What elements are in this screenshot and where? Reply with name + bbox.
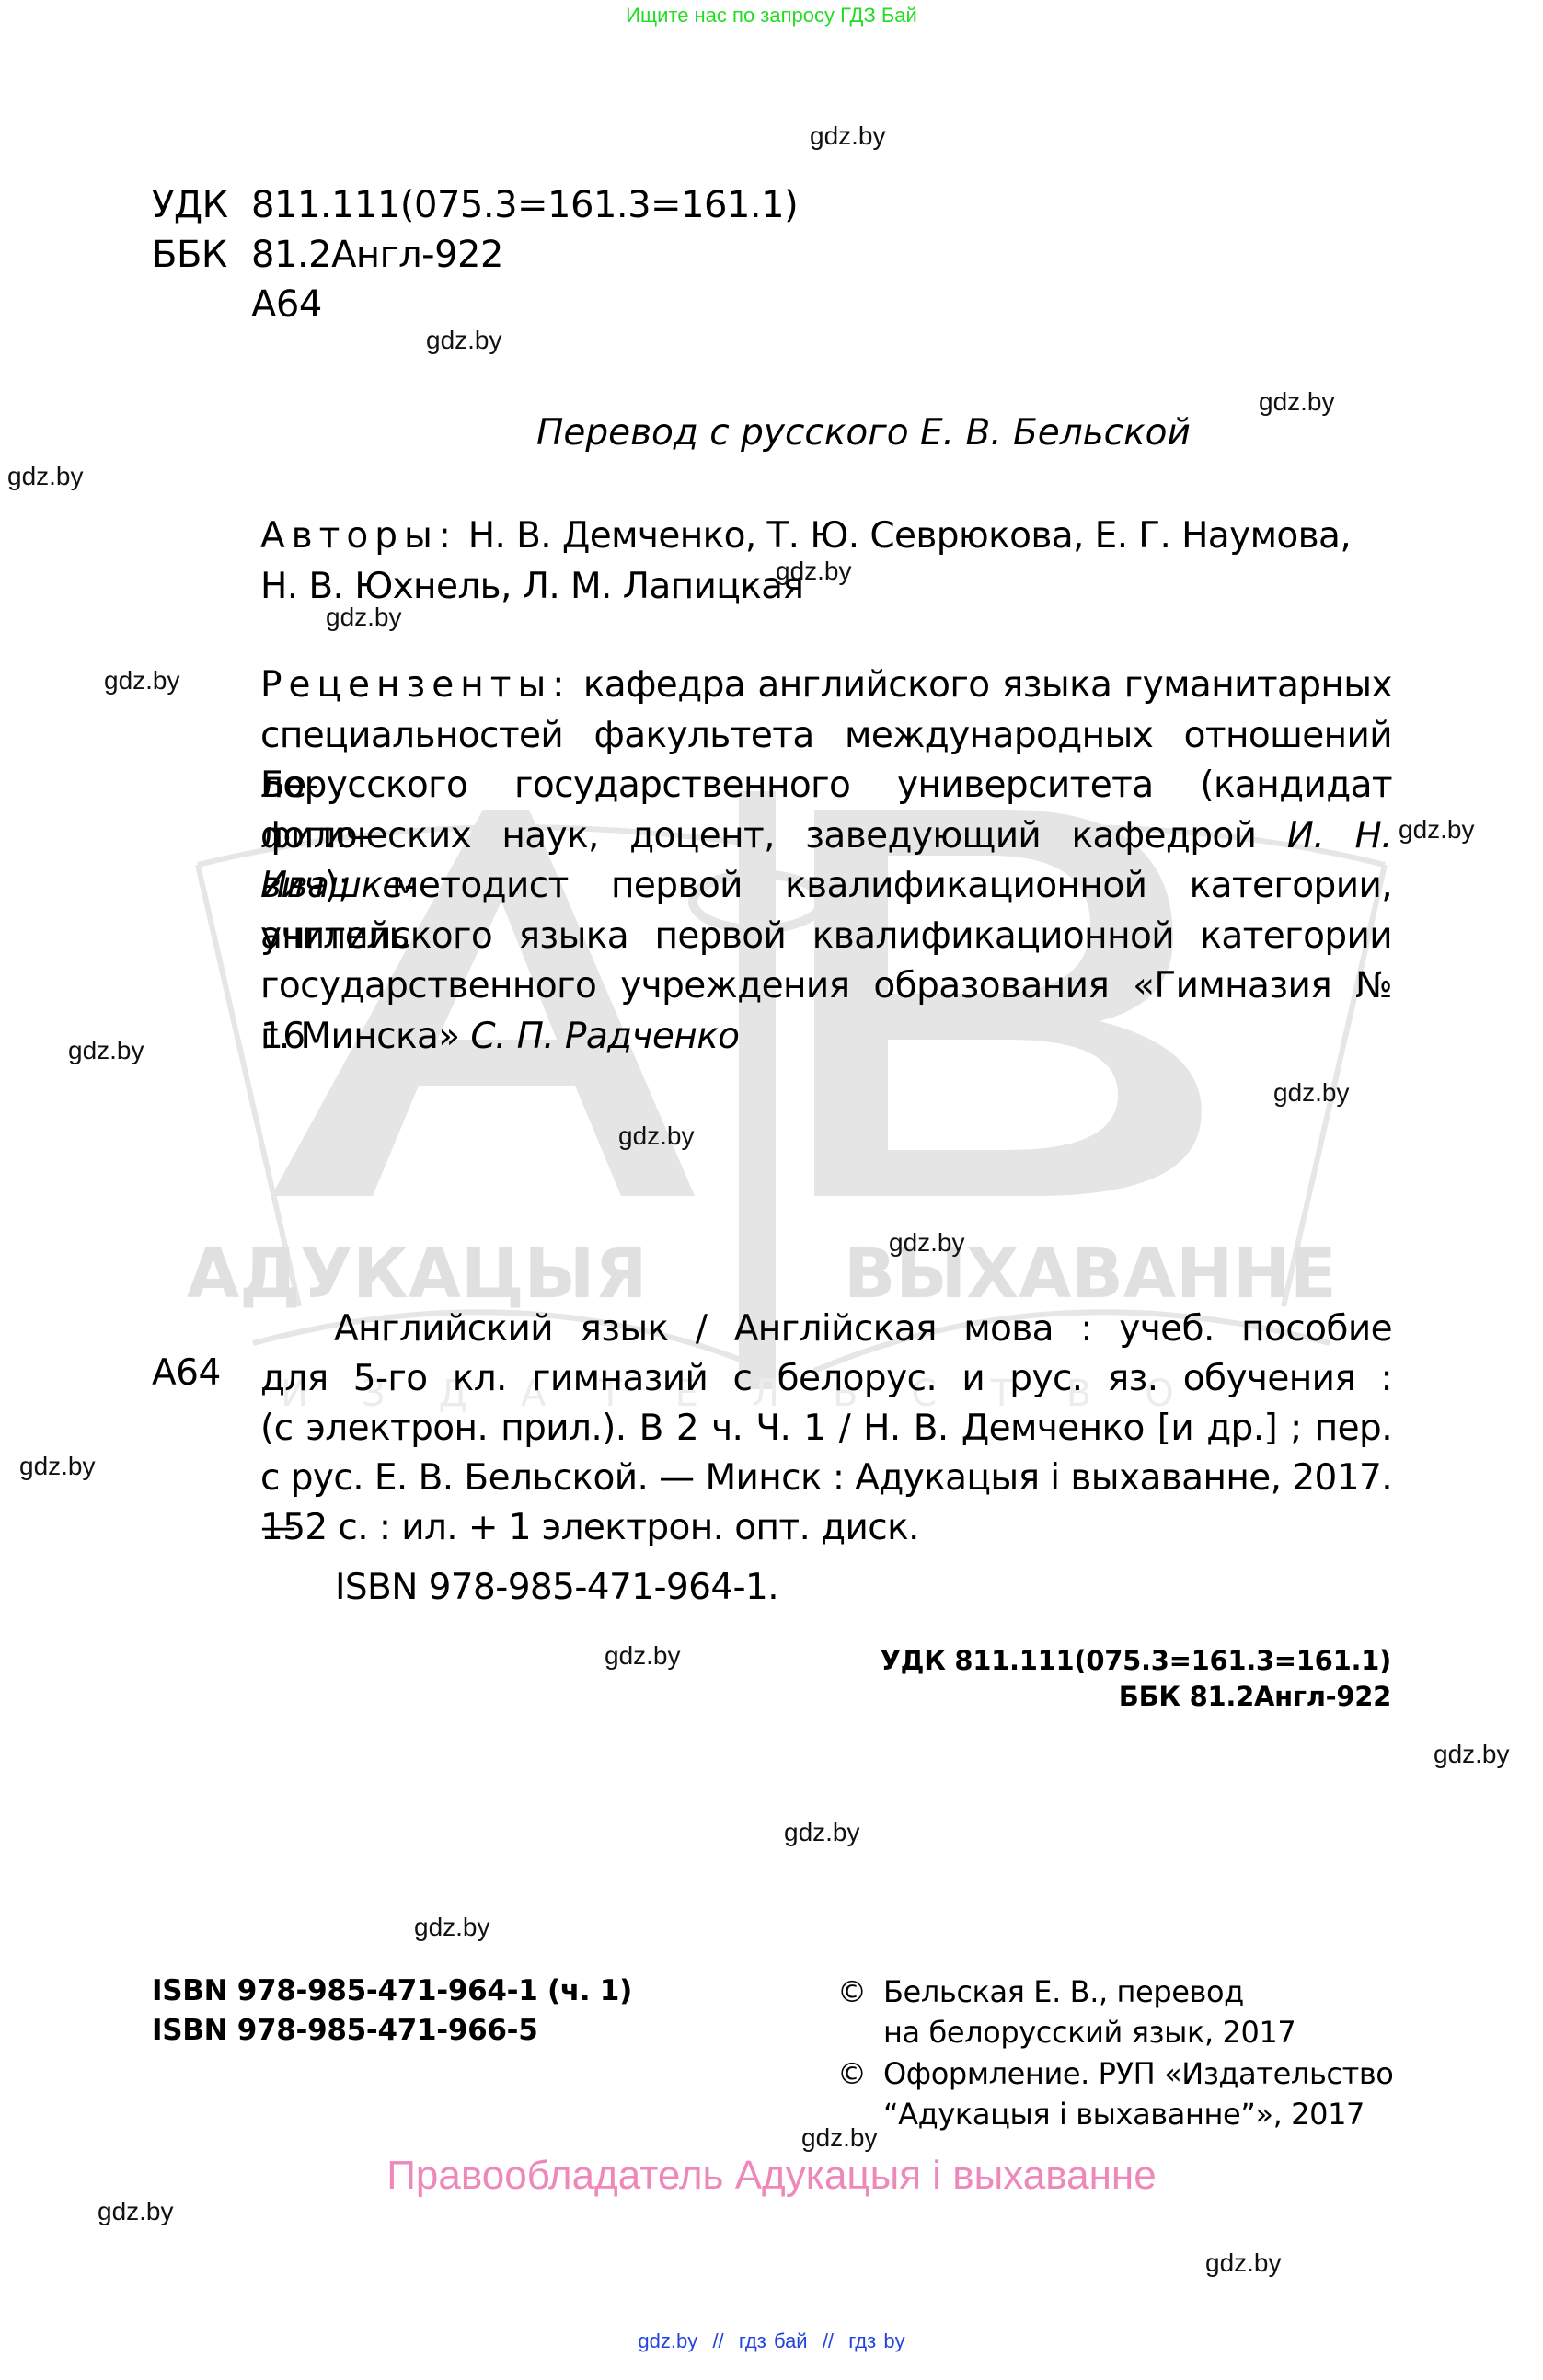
site-watermark: gdz.by: [1399, 815, 1475, 845]
site-watermark: gdz.by: [326, 603, 402, 632]
site-watermark: gdz.by: [810, 121, 886, 151]
authors-line-1: Н. В. Демченко, Т. Ю. Севрюкова, Е. Г. Н…: [468, 515, 1351, 557]
site-watermark: gdz.by: [426, 326, 502, 355]
author-mark: А64: [251, 283, 322, 326]
bbk-bold: ББК 81.2Англ-922: [1119, 1681, 1391, 1712]
translation-credit: Перевод с русского Е. В. Бельской: [536, 412, 1191, 454]
site-watermark: gdz.by: [1205, 2248, 1282, 2278]
site-watermark: gdz.by: [7, 462, 84, 491]
bibliography-mark: А64: [152, 1352, 221, 1394]
udk-label: УДК: [152, 184, 251, 226]
site-watermark: gdz.by: [98, 2197, 174, 2226]
copyright-design: ©Оформление. РУП «Издательство “Адукацыя…: [837, 2053, 1393, 2134]
copyright-translation: ©Бельская Е. В., перевод на белорусский …: [837, 1972, 1295, 2052]
bibliography-record: Английский язык / Англійская мова : учеб…: [260, 1305, 1392, 1553]
bbk-label: ББК: [152, 234, 251, 276]
site-watermark: gdz.by: [605, 1641, 681, 1671]
isbn-part-1: ISBN 978-985-471-964-1 (ч. 1): [152, 1974, 632, 2007]
footer-links[interactable]: gdz.by // гдз бай // гдз by: [0, 2329, 1543, 2353]
bbk-value: 81.2Англ-922: [251, 234, 503, 276]
site-watermark: gdz.by: [414, 1913, 490, 1942]
reviewer-name-2: С. П. Радченко: [470, 1016, 739, 1057]
site-watermark: gdz.by: [784, 1818, 860, 1847]
udk-bold: УДК 811.111(075.3=161.3=161.1): [881, 1645, 1391, 1676]
site-watermark: gdz.by: [801, 2123, 878, 2153]
rights-holder: Правообладатель Адукацыя і выхаванне: [0, 2153, 1543, 2199]
isbn-set: ISBN 978-985-471-966-5: [152, 2014, 538, 2047]
bibliography-isbn: ISBN 978-985-471-964-1.: [335, 1567, 778, 1608]
site-watermark: gdz.by: [618, 1121, 695, 1151]
bbk-line: ББК81.2Англ-922: [152, 234, 503, 276]
site-watermark: gdz.by: [1434, 1740, 1510, 1769]
copyright-icon: ©: [837, 2053, 883, 2094]
reviewers-label: Рецензенты:: [260, 664, 570, 706]
udk-value: 811.111(075.3=161.3=161.1): [251, 184, 798, 226]
site-watermark: gdz.by: [1259, 387, 1335, 417]
site-watermark: gdz.by: [104, 666, 180, 696]
site-watermark: gdz.by: [1273, 1078, 1350, 1108]
site-watermark: gdz.by: [68, 1036, 144, 1065]
reviewers-block: Рецензенты: кафедра английского языка гу…: [260, 661, 1392, 1062]
site-watermark: gdz.by: [776, 557, 852, 586]
authors-label: Авторы:: [260, 515, 457, 557]
copyright-icon: ©: [837, 1972, 883, 2012]
logo-left-word: АДУКАЦЫЯ: [187, 1235, 647, 1314]
site-watermark: gdz.by: [19, 1452, 96, 1481]
udk-line: УДК811.111(075.3=161.3=161.1): [152, 184, 798, 226]
site-watermark: gdz.by: [889, 1228, 965, 1258]
promo-banner: Ищите нас по запросу ГДЗ Бай: [0, 4, 1543, 28]
